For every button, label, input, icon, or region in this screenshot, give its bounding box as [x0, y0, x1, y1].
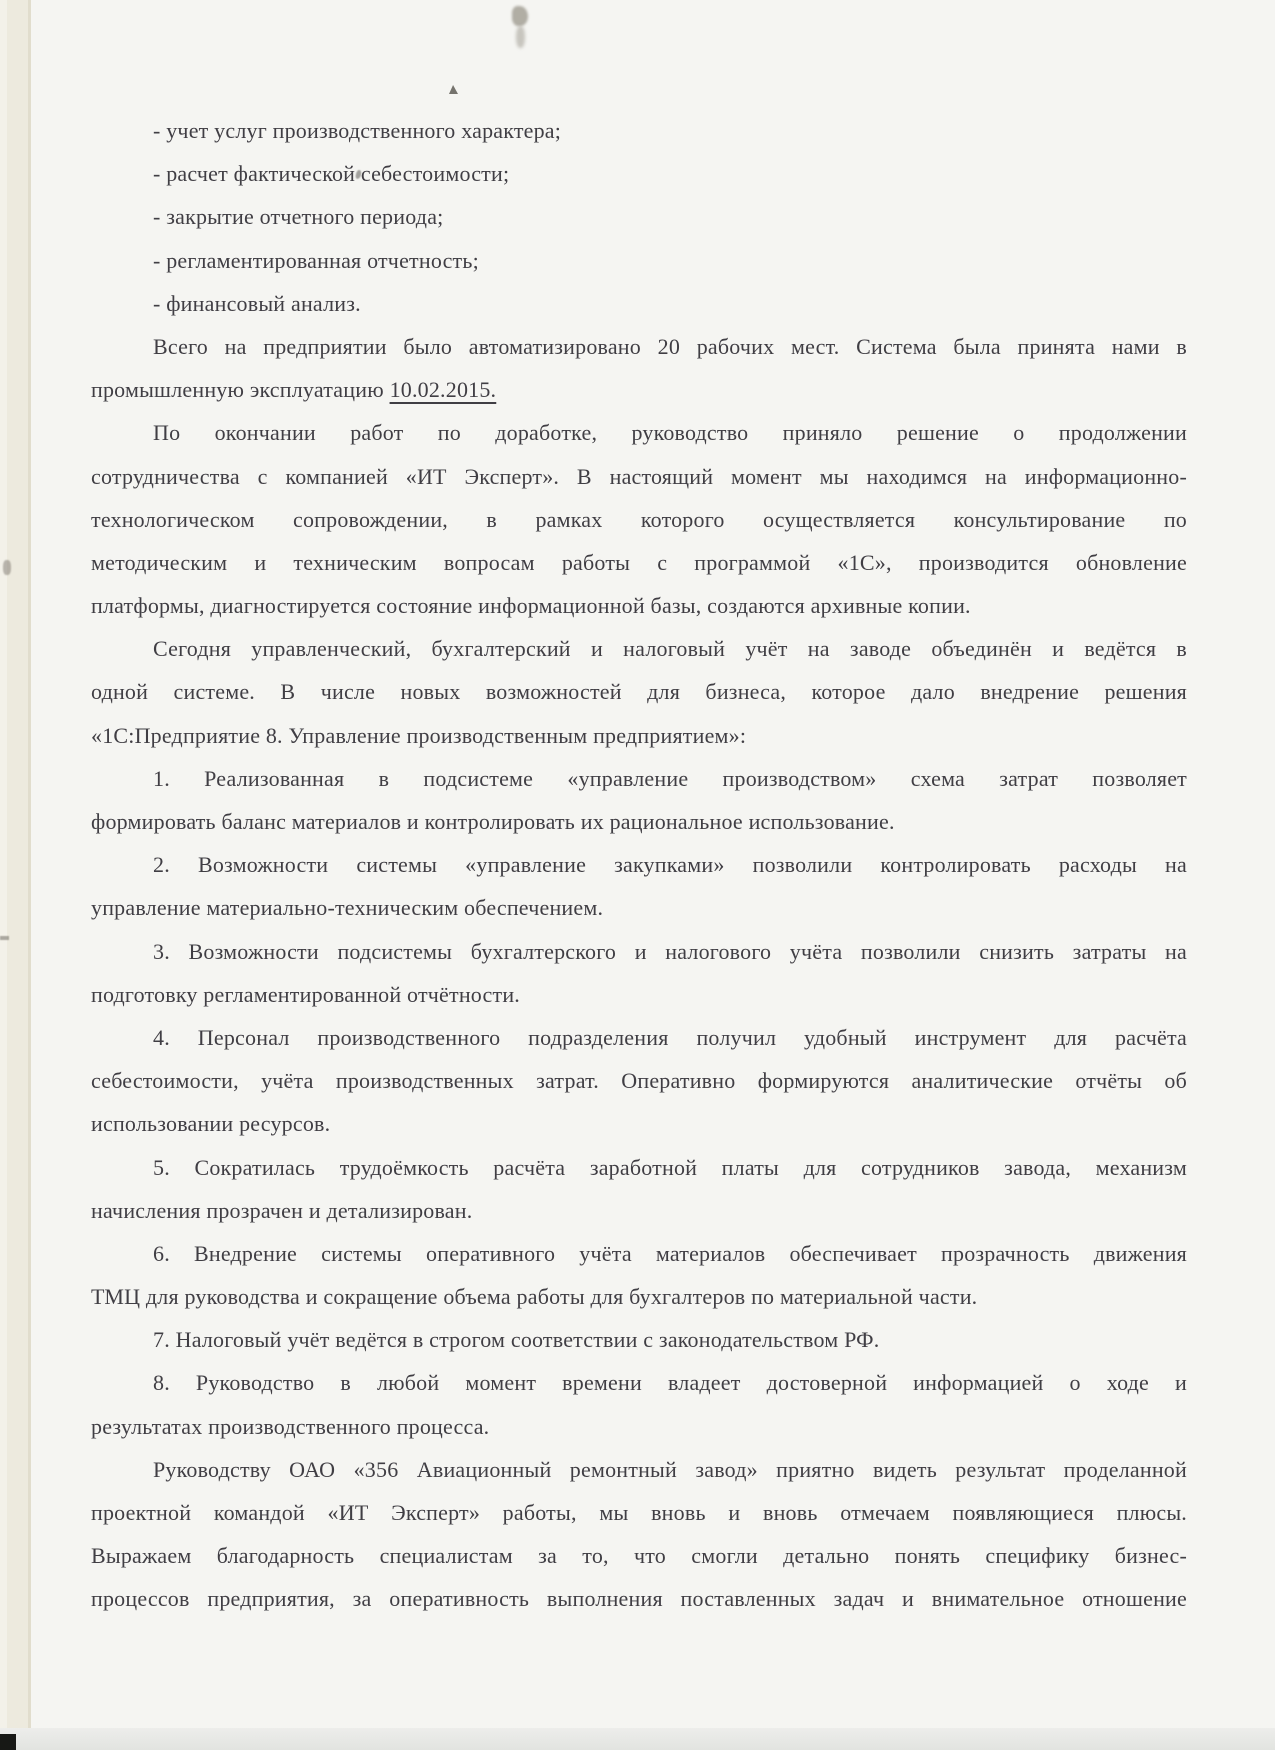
list-item-production-services: - учет услуг производственного характера… [91, 109, 1187, 152]
list-item-period-closing: - закрытие отчетного периода; [91, 195, 1187, 238]
scanner-corner-mark [0, 1734, 16, 1750]
numbered-item-7: 7. Налоговый учёт ведётся в строгом соот… [91, 1318, 1187, 1361]
letter-body: - учет услуг производственного характера… [91, 109, 1187, 1621]
text-line: управление материально-техническим обесп… [91, 886, 1187, 929]
scan-speck [0, 936, 9, 940]
scan-smudge [512, 6, 528, 26]
text-line-with-date: промышленную эксплуатацию 10.02.2015. [91, 368, 1187, 411]
text-line: Сегодня управленческий, бухгалтерский и … [91, 627, 1187, 670]
scanner-edge-left [0, 0, 31, 1750]
numbered-item-5: 5. Сократилась трудоёмкость расчёта зара… [91, 1146, 1187, 1189]
text-line: проектной командой «ИТ Эксперт» работы, … [91, 1491, 1187, 1534]
list-item-financial-analysis: - финансовый анализ. [91, 282, 1187, 325]
acceptance-date: 10.02.2015. [390, 377, 497, 402]
text-line: методическим и техническим вопросам рабо… [91, 541, 1187, 584]
numbered-item-3: 3. Возможности подсистемы бухгалтерского… [91, 930, 1187, 973]
numbered-item-2: 2. Возможности системы «управление закуп… [91, 843, 1187, 886]
text-line: одной системе. В числе новых возможносте… [91, 670, 1187, 713]
text-line: процессов предприятия, за оперативность … [91, 1577, 1187, 1620]
text-line: себестоимости, учёта производственных за… [91, 1059, 1187, 1102]
scan-smudge [516, 26, 525, 48]
text-line: сотрудничества с компанией «ИТ Эксперт».… [91, 455, 1187, 498]
list-item-regulated-reporting: - регламентированная отчетность; [91, 239, 1187, 282]
scanner-edge-bottom [0, 1728, 1275, 1750]
text-line: ТМЦ для руководства и сокращение объема … [91, 1275, 1187, 1318]
text-line-company-mention: Руководству ОАО «356 Авиационный ремонтн… [91, 1448, 1187, 1491]
text-line: формировать баланс материалов и контроли… [91, 800, 1187, 843]
numbered-item-4: 4. Персонал производственного подразделе… [91, 1016, 1187, 1059]
text-line: Выражаем благодарность специалистам за т… [91, 1534, 1187, 1577]
text-line: использовании ресурсов. [91, 1102, 1187, 1145]
date-line-prefix: промышленную эксплуатацию [91, 377, 390, 402]
text-line: начисления прозрачен и детализирован. [91, 1189, 1187, 1232]
text-line: платформы, диагностируется состояние инф… [91, 584, 1187, 627]
list-item-actual-cost: - расчет фактической себестоимости; [91, 152, 1187, 195]
text-line: технологическом сопровождении, в рамках … [91, 498, 1187, 541]
numbered-item-1: 1. Реализованная в подсистеме «управлени… [91, 757, 1187, 800]
scan-speck [449, 85, 458, 94]
text-line: По окончании работ по доработке, руковод… [91, 411, 1187, 454]
numbered-item-8: 8. Руководство в любой момент времени вл… [91, 1361, 1187, 1404]
scanned-document-page: - учет услуг производственного характера… [0, 0, 1275, 1750]
scan-speck [3, 560, 11, 575]
text-line: результатах производственного процесса. [91, 1405, 1187, 1448]
text-line-product-name: «1С:Предприятие 8. Управление производст… [91, 714, 1187, 757]
text-line: Всего на предприятии было автоматизирова… [91, 325, 1187, 368]
numbered-item-6: 6. Внедрение системы оперативного учёта … [91, 1232, 1187, 1275]
text-line: подготовку регламентированной отчётности… [91, 973, 1187, 1016]
